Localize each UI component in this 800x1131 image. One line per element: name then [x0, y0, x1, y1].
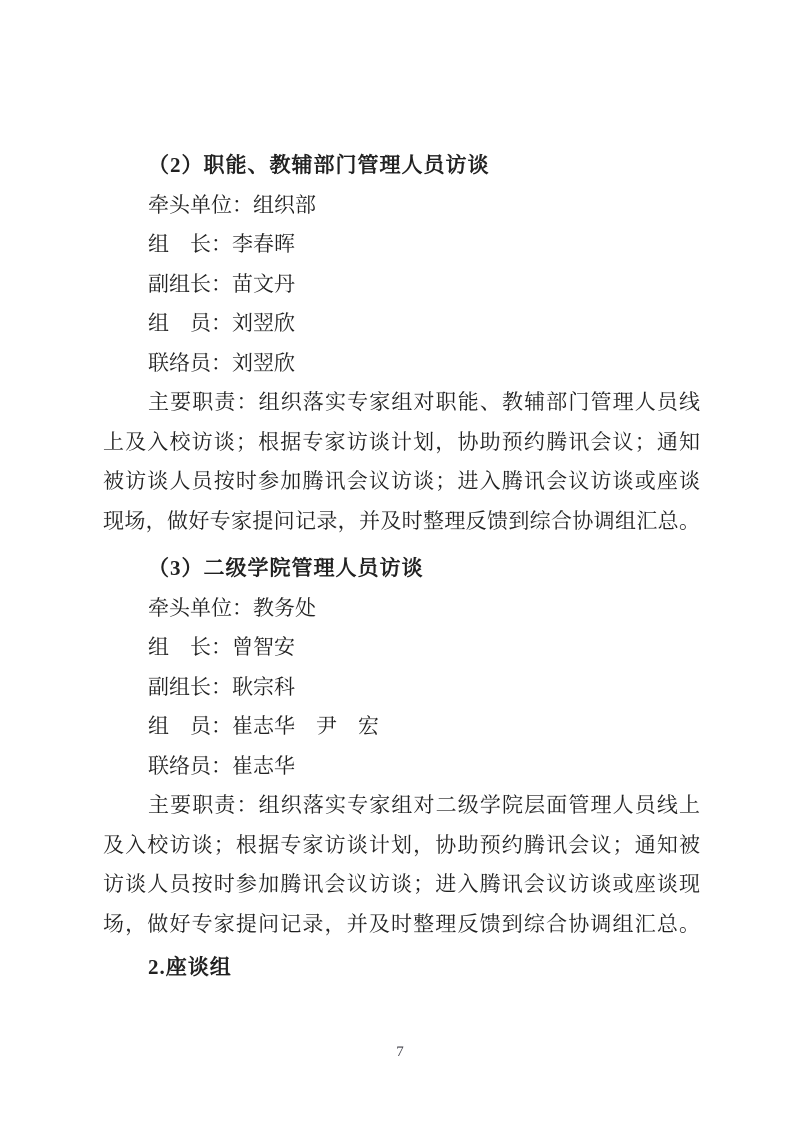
roster-line-group-leader: 组 长：曾智安 [103, 628, 700, 668]
roster-line-lead-unit: 牵头单位：组织部 [103, 186, 700, 226]
roster-line-group-leader: 组 长：李春晖 [103, 225, 700, 265]
duties-paragraph-line: 场，做好专家提问记录，并及时整理反馈到综合协调组汇总。 [103, 905, 700, 945]
duties-paragraph-line: 被访谈人员按时参加腾讯会议访谈；进入腾讯会议访谈或座谈 [103, 462, 700, 502]
roster-line-deputy-leader: 副组长：耿宗科 [103, 668, 700, 708]
section-heading: （3）二级学院管理人员访谈 [103, 549, 700, 589]
roster-line-members: 组 员：崔志华 尹 宏 [103, 707, 700, 747]
document-body: （2）职能、教辅部门管理人员访谈 牵头单位：组织部 组 长：李春晖 副组长：苗文… [103, 146, 700, 988]
page-number: 7 [0, 1042, 800, 1062]
section-heading: （2）职能、教辅部门管理人员访谈 [103, 146, 700, 186]
duties-paragraph-line: 访谈人员按时参加腾讯会议访谈；进入腾讯会议访谈或座谈现 [103, 865, 700, 905]
roster-line-lead-unit: 牵头单位：教务处 [103, 589, 700, 629]
roster-line-member: 组 员：刘翌欣 [103, 304, 700, 344]
duties-paragraph-line: 现场，做好专家提问记录，并及时整理反馈到综合协调组汇总。 [103, 502, 700, 542]
duties-paragraph-line: 主要职责：组织落实专家组对职能、教辅部门管理人员线 [103, 383, 700, 423]
duties-paragraph-line: 上及入校访谈；根据专家访谈计划，协助预约腾讯会议；通知 [103, 423, 700, 463]
roster-line-liaison: 联络员：刘翌欣 [103, 344, 700, 384]
roster-line-liaison: 联络员：崔志华 [103, 747, 700, 787]
duties-paragraph-line: 主要职责：组织落实专家组对二级学院层面管理人员线上 [103, 786, 700, 826]
roster-line-deputy-leader: 副组长：苗文丹 [103, 265, 700, 305]
duties-paragraph-line: 及入校访谈；根据专家访谈计划，协助预约腾讯会议；通知被 [103, 826, 700, 866]
subsection-heading: 2.座谈组 [103, 948, 700, 988]
